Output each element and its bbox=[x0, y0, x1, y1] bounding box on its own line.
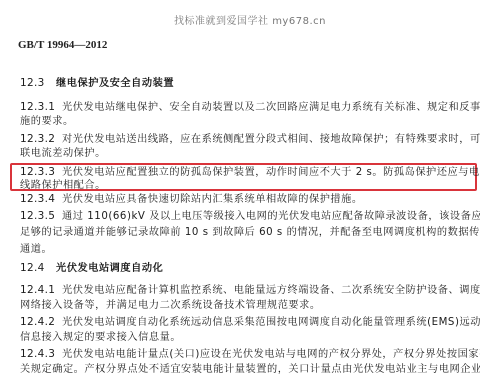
clause-number: 12.4.2 bbox=[20, 315, 62, 329]
clause-12-4-1: 12.4.1光伏发电站应配备计算机监控系统、电能量远方终端设备、二次系统安全防护… bbox=[20, 283, 480, 298]
section-title: 继电保护及安全自动装置 bbox=[56, 78, 174, 89]
watermark: 找标准就到爱国学社 my678.cn bbox=[0, 12, 500, 27]
clause-12-3-2: 12.3.2对光伏发电站送出线路，应在系统侧配置分段式相间、接地故障保护；有特殊… bbox=[20, 132, 480, 147]
clause-text: 线路保护相配合。 bbox=[20, 180, 106, 191]
clause-12-3-1-cont: 施的要求。 bbox=[20, 115, 480, 129]
clause-12-3-5: 12.3.5通过 110(66)kV 及以上电压等级接入电网的光伏发电站应配备故… bbox=[20, 209, 480, 224]
clause-text: 足够的记录通道并能够记录故障前 10 s 到故障后 60 s 的情况，并配备至电… bbox=[20, 227, 480, 238]
clause-text: 光伏发电站电能计量点(关口)应设在光伏发电站与电网的产权分界处，产权分界处按国家… bbox=[62, 349, 480, 360]
clause-12-3-3-cont: 线路保护相配合。 bbox=[20, 179, 480, 193]
clause-12-3-2-cont: 联电流差动保护。 bbox=[20, 147, 480, 161]
clause-12-4-1-cont: 网络接入设备等，并满足电力二次系统设备技术管理规范要求。 bbox=[20, 299, 480, 313]
clause-12-3-5-cont-1: 足够的记录通道并能够记录故障前 10 s 到故障后 60 s 的情况，并配备至电… bbox=[20, 226, 480, 240]
clause-number: 12.3.3 bbox=[20, 165, 62, 179]
clause-text: 网络接入设备等，并满足电力二次系统设备技术管理规范要求。 bbox=[20, 300, 321, 311]
clause-text: 光伏发电站应配置独立的防孤岛保护装置，动作时间应不大于 2 s。防孤岛保护还应与… bbox=[62, 167, 480, 178]
section-number: 12.4 bbox=[20, 261, 56, 275]
clause-text: 对光伏发电站送出线路，应在系统侧配置分段式相间、接地故障保护；有特殊要求时，可配… bbox=[62, 134, 480, 145]
clause-number: 12.3.1 bbox=[20, 100, 62, 114]
clause-12-4-3-cont: 关规定确定。产权分界点处不适宜安装电能计量装置的，关口计量点由光伏发电站业主与电… bbox=[20, 363, 480, 377]
clause-text: 信息接入规定的要求接入信息量。 bbox=[20, 332, 181, 343]
clause-12-4-3: 12.4.3光伏发电站电能计量点(关口)应设在光伏发电站与电网的产权分界处，产权… bbox=[20, 347, 480, 362]
clause-number: 12.4.1 bbox=[20, 283, 62, 297]
clause-number: 12.3.4 bbox=[20, 192, 62, 206]
clause-12-3-1: 12.3.1光伏发电站继电保护、安全自动装置以及二次回路应满足电力系统有关标准、… bbox=[20, 100, 480, 115]
clause-number: 12.4.3 bbox=[20, 347, 62, 361]
clause-text: 光伏发电站继电保护、安全自动装置以及二次回路应满足电力系统有关标准、规定和反事故… bbox=[62, 102, 480, 113]
clause-text: 光伏发电站应配备计算机监控系统、电能量远方终端设备、二次系统安全防护设备、调度数… bbox=[62, 285, 480, 296]
clause-number: 12.3.5 bbox=[20, 209, 62, 223]
clause-text: 光伏发电站调度自动化系统远动信息采集范围按电网调度自动化能量管理系统(EMS)远… bbox=[62, 317, 480, 328]
clause-12-3-4: 12.3.4光伏发电站应具备快速切除站内汇集系统单相故障的保护措施。 bbox=[20, 192, 480, 207]
clause-text: 通过 110(66)kV 及以上电压等级接入电网的光伏发电站应配备故障录波设备，… bbox=[62, 211, 480, 222]
section-title: 光伏发电站调度自动化 bbox=[56, 263, 163, 274]
standard-code-header: GB/T 19964—2012 bbox=[18, 39, 107, 51]
clause-12-3-3: 12.3.3光伏发电站应配置独立的防孤岛保护装置，动作时间应不大于 2 s。防孤… bbox=[20, 165, 480, 180]
section-heading-12-4: 12.4光伏发电站调度自动化 bbox=[20, 261, 480, 276]
clause-12-3-5-cont-2: 通道。 bbox=[20, 243, 480, 257]
clause-12-4-2-cont: 信息接入规定的要求接入信息量。 bbox=[20, 331, 480, 345]
clause-text: 联电流差动保护。 bbox=[20, 148, 106, 159]
clause-text: 通道。 bbox=[20, 244, 52, 255]
clause-12-4-2: 12.4.2光伏发电站调度自动化系统远动信息采集范围按电网调度自动化能量管理系统… bbox=[20, 315, 480, 330]
section-heading-12-3: 12.3继电保护及安全自动装置 bbox=[20, 76, 480, 91]
clause-text: 关规定确定。产权分界点处不适宜安装电能计量装置的，关口计量点由光伏发电站业主与电… bbox=[20, 364, 480, 375]
clause-text: 光伏发电站应具备快速切除站内汇集系统单相故障的保护措施。 bbox=[62, 194, 363, 205]
section-number: 12.3 bbox=[20, 76, 56, 90]
clause-number: 12.3.2 bbox=[20, 132, 62, 146]
clause-text: 施的要求。 bbox=[20, 116, 74, 127]
